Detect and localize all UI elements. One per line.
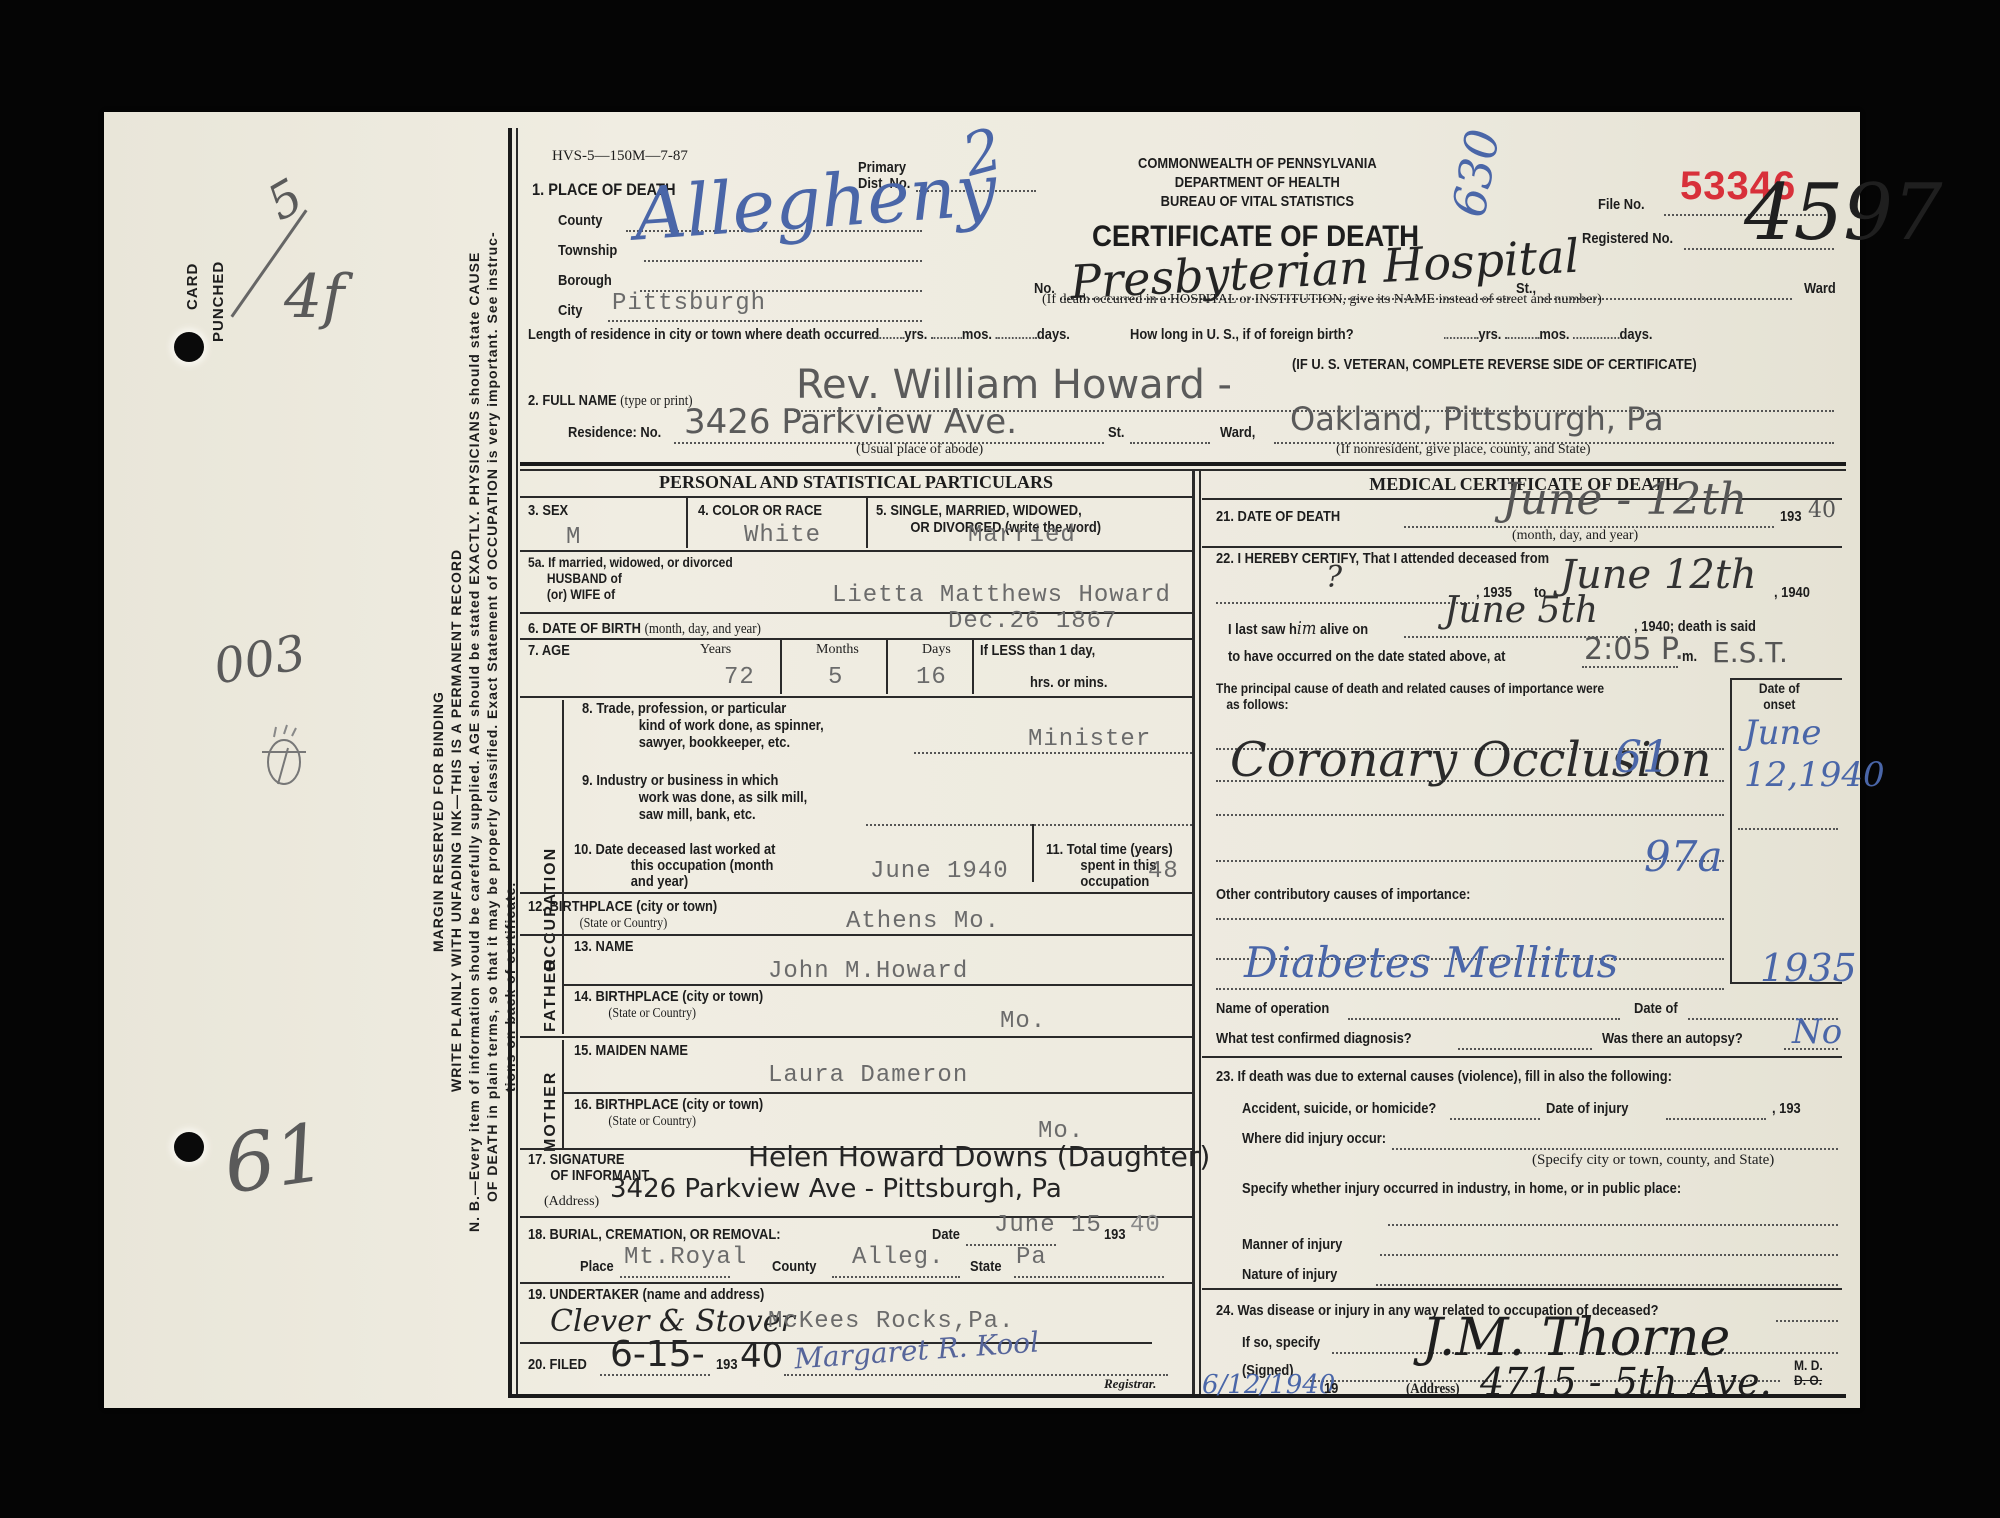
physician-signature: J.M. Thorne (1422, 1308, 1730, 1368)
column-divider-outer (1192, 469, 1195, 1394)
write-plainly-text: WRITE PLAINLY WITH UNFADING INK—THIS IS … (448, 549, 464, 1092)
burial-state-value: Pa (1016, 1244, 1047, 1271)
filed-label: 20. FILED (528, 1356, 587, 1373)
mother-birthplace-label: 16. BIRTHPLACE (city or town)(State or C… (574, 1096, 763, 1130)
sex-value: M (566, 524, 581, 551)
onset-label: Date ofonset (1732, 680, 1827, 712)
father-birthplace-label: 14. BIRTHPLACE (city or town)(State or C… (574, 988, 763, 1022)
residence-note: (Usual place of abode) (856, 442, 983, 458)
nature-label: Nature of injury (1242, 1266, 1337, 1283)
age-years-label: Years (700, 642, 731, 658)
burial-year-prefix: 193 (1104, 1226, 1126, 1243)
veteran-note: (IF U. S. VETERAN, COMPLETE REVERSE SIDE… (1292, 356, 1697, 373)
where-label: Where did injury occur: (1242, 1130, 1386, 1147)
father-vertical-label: FATHER (542, 957, 560, 1032)
principal-code: 61 (1614, 732, 1670, 783)
ward-label: Ward (1804, 280, 1836, 297)
residence-ward-value: Oakland, Pittsburgh, Pa (1290, 400, 1664, 438)
trade-label: 8. Trade, profession, or particularkind … (582, 700, 824, 751)
time-zone: E.S.T. (1712, 636, 1788, 669)
death-certificate: CARD PUNCHED 5 4f 003 61 MARGIN RESERVED… (104, 112, 1860, 1408)
burial-label: 18. BURIAL, CREMATION, OR REMOVAL: (528, 1226, 781, 1243)
form-border-left-inner (516, 128, 518, 1394)
residence-label: Residence: No. (568, 424, 661, 441)
birthplace-label: 12. BIRTHPLACE (city or town)(State or C… (528, 898, 717, 932)
pencil-code: 003 (210, 624, 310, 695)
industry-label: 9. Industry or business in whichwork was… (582, 772, 807, 823)
sex-label: 3. SEX (528, 502, 568, 519)
punch-hole-top (174, 332, 204, 362)
burial-date-label: Date (932, 1226, 960, 1243)
dob-value: Dec.26 1867 (948, 608, 1117, 635)
registered-no-value: 4597 (1744, 168, 1943, 258)
punch-hole-bottom (174, 1132, 204, 1162)
age-months-label: Months (816, 642, 859, 658)
residence-ward-label: Ward, (1220, 424, 1255, 441)
registered-no-label: Registered No. (1582, 230, 1673, 247)
residence-st-label: St. (1108, 424, 1124, 441)
spouse-label: 5a. If married, widowed, or divorcedHUSB… (528, 554, 733, 602)
dod-label: 21. DATE OF DEATH (1216, 508, 1340, 525)
form-code: HVS-5—150M—7-87 (552, 148, 688, 165)
last-saw-label: I last saw him alive on (1228, 618, 1368, 639)
filed-year-value: 40 (740, 1336, 783, 1376)
last-worked-value: June 1940 (870, 858, 1009, 885)
punched-label: PUNCHED (210, 261, 227, 342)
marital-value: Married (968, 522, 1076, 549)
signed-year-prefix: 19 (1324, 1380, 1338, 1397)
burial-place-label: Place (580, 1258, 614, 1275)
dod-year-value: 40 (1808, 498, 1836, 523)
last-worked-label: 10. Date deceased last worked atthis occ… (574, 842, 775, 890)
time-suffix: m. (1682, 648, 1697, 665)
cause-label: The principal cause of death and related… (1216, 680, 1604, 712)
margin-reserved-text: MARGIN RESERVED FOR BINDING (430, 691, 446, 952)
nb-line-2: OF DEATH in plain terms, so that it may … (484, 231, 500, 1202)
burial-place-value: Mt.Royal (624, 1244, 747, 1271)
filed-value: 6-15- (610, 1334, 705, 1375)
foreign-yrs-label: yrs. mos. days. (1444, 326, 1652, 343)
pencil-fraction-top: 5 (258, 168, 312, 232)
less-than-day-label: If LESS than 1 day, (980, 642, 1095, 659)
agency-header: COMMONWEALTH OF PENNSYLVANIADEPARTMENT O… (1138, 154, 1377, 211)
contrib-onset: 1935 (1760, 946, 1857, 990)
age-days-label: Days (922, 642, 951, 658)
injury-year-prefix: , 193 (1772, 1100, 1801, 1117)
where-note: (Specify city or town, county, and State… (1532, 1152, 1774, 1169)
yrs-label: yrs. mos. days. (870, 326, 1070, 343)
full-name-label: 2. FULL NAME (type or print) (528, 392, 693, 410)
father-birthplace-value: Mo. (1000, 1008, 1046, 1035)
dod-value: June - 12th (1502, 474, 1747, 525)
dob-label: 6. DATE OF BIRTH (month, day, and year) (528, 620, 761, 638)
autopsy-value: No (1792, 1012, 1842, 1052)
total-time-value: 48 (1148, 858, 1179, 885)
burial-county-label: County (772, 1258, 816, 1275)
hrs-mins-label: hrs. or mins. (1030, 674, 1107, 691)
undertaker-label: 19. UNDERTAKER (name and address) (528, 1286, 764, 1303)
county-label: County (558, 212, 602, 229)
residence-length-label: Length of residence in city or town wher… (528, 326, 879, 343)
accident-label: Accident, suicide, or homicide? (1242, 1100, 1436, 1117)
pencil-number: 61 (218, 1105, 332, 1211)
autopsy-label: Was there an autopsy? (1602, 1030, 1743, 1047)
father-name-label: 13. NAME (574, 938, 634, 955)
form-border-left-outer (508, 128, 512, 1394)
dod-year-prefix: 193 (1780, 508, 1802, 525)
occurred-label: to have occurred on the date stated abov… (1228, 648, 1505, 665)
time-value: 2:05 P. (1584, 632, 1684, 667)
trade-value: Minister (1028, 726, 1151, 753)
mother-vertical-label: MOTHER (542, 1071, 560, 1152)
card-label: CARD (184, 263, 201, 310)
attended-to-year: , 1940 (1774, 584, 1810, 601)
age-months-value: 5 (828, 664, 843, 691)
manner-label: Manner of injury (1242, 1236, 1342, 1253)
age-years-value: 72 (724, 664, 755, 691)
pencil-fraction-bottom: 4f (284, 262, 344, 332)
city-label: City (558, 302, 582, 319)
city-value: Pittsburgh (612, 290, 766, 317)
race-label: 4. COLOR OR RACE (698, 502, 822, 519)
burial-state-label: State (970, 1258, 1002, 1275)
informant-value: Helen Howard Downs (Daughter) (748, 1140, 1210, 1173)
township-label: Township (558, 242, 617, 259)
contrib-code: 97a (1644, 832, 1722, 881)
mother-name-value: Laura Dameron (768, 1062, 968, 1089)
test-label: What test confirmed diagnosis? (1216, 1030, 1412, 1047)
column-divider-inner (1199, 469, 1201, 1394)
race-value: White (744, 522, 821, 549)
annotation-630: 630 (1442, 125, 1510, 221)
physician-address-label: (Address) (1406, 1380, 1460, 1398)
dod-note: (month, day, and year) (1512, 528, 1638, 544)
age-label: 7. AGE (528, 642, 570, 659)
registrar-label: Registrar. (1104, 1376, 1156, 1392)
burial-date-value: June 15 (994, 1212, 1102, 1239)
industry-home-label: Specify whether injury occurred in indus… (1242, 1180, 1681, 1197)
contrib-cause: Diabetes Mellitus (1244, 938, 1618, 987)
principal-onset: June12,1940 (1744, 712, 1885, 796)
burial-year-value: 40 (1130, 1212, 1161, 1239)
birthplace-value: Athens Mo. (846, 908, 1000, 935)
filed-year-prefix: 193 (716, 1356, 738, 1373)
informant-address-value: 3426 Parkview Ave - Pittsburgh, Pa (610, 1174, 1062, 1204)
mother-name-label: 15. MAIDEN NAME (574, 1042, 688, 1059)
md-label: M. D.D. O. (1794, 1358, 1823, 1388)
injury-date-label: Date of injury (1546, 1100, 1628, 1117)
borough-label: Borough (558, 272, 612, 289)
nb-line-1: N. B.—Every item of information should b… (466, 252, 482, 1232)
burial-county-value: Alleg. (852, 1244, 944, 1271)
heart-sketch-icon (254, 722, 314, 792)
hospital-note: (If death occurred in a HOSPITAL or INST… (1042, 292, 1602, 308)
foreign-birth-label: How long in U. S., if of foreign birth? (1130, 326, 1354, 343)
personal-section-title: PERSONAL AND STATISTICAL PARTICULARS (524, 472, 1188, 493)
external-causes-label: 23. If death was due to external causes … (1216, 1068, 1672, 1085)
last-saw-date: June 5th (1444, 590, 1598, 631)
operation-date-label: Date of (1634, 1000, 1678, 1017)
contrib-label: Other contributory causes of importance: (1216, 886, 1470, 903)
signed-date: 6/12/1940 (1202, 1370, 1335, 1400)
residence-value: 3426 Parkview Ave. (684, 402, 1017, 442)
attended-from: ? (1326, 560, 1342, 595)
spouse-value: Lietta Matthews Howard (832, 582, 1171, 609)
age-days-value: 16 (916, 664, 947, 691)
physician-address-value: 4715 - 5th Ave. (1480, 1360, 1772, 1404)
if-so-label: If so, specify (1242, 1334, 1320, 1351)
operation-label: Name of operation (1216, 1000, 1329, 1017)
nonresident-note: (If nonresident, give place, county, and… (1336, 442, 1591, 458)
file-no-label: File No. (1598, 196, 1645, 213)
certify-label: 22. I HEREBY CERTIFY, That I attended de… (1216, 550, 1549, 567)
father-name-value: John M.Howard (768, 958, 968, 985)
informant-address-label: (Address) (544, 1194, 599, 1210)
